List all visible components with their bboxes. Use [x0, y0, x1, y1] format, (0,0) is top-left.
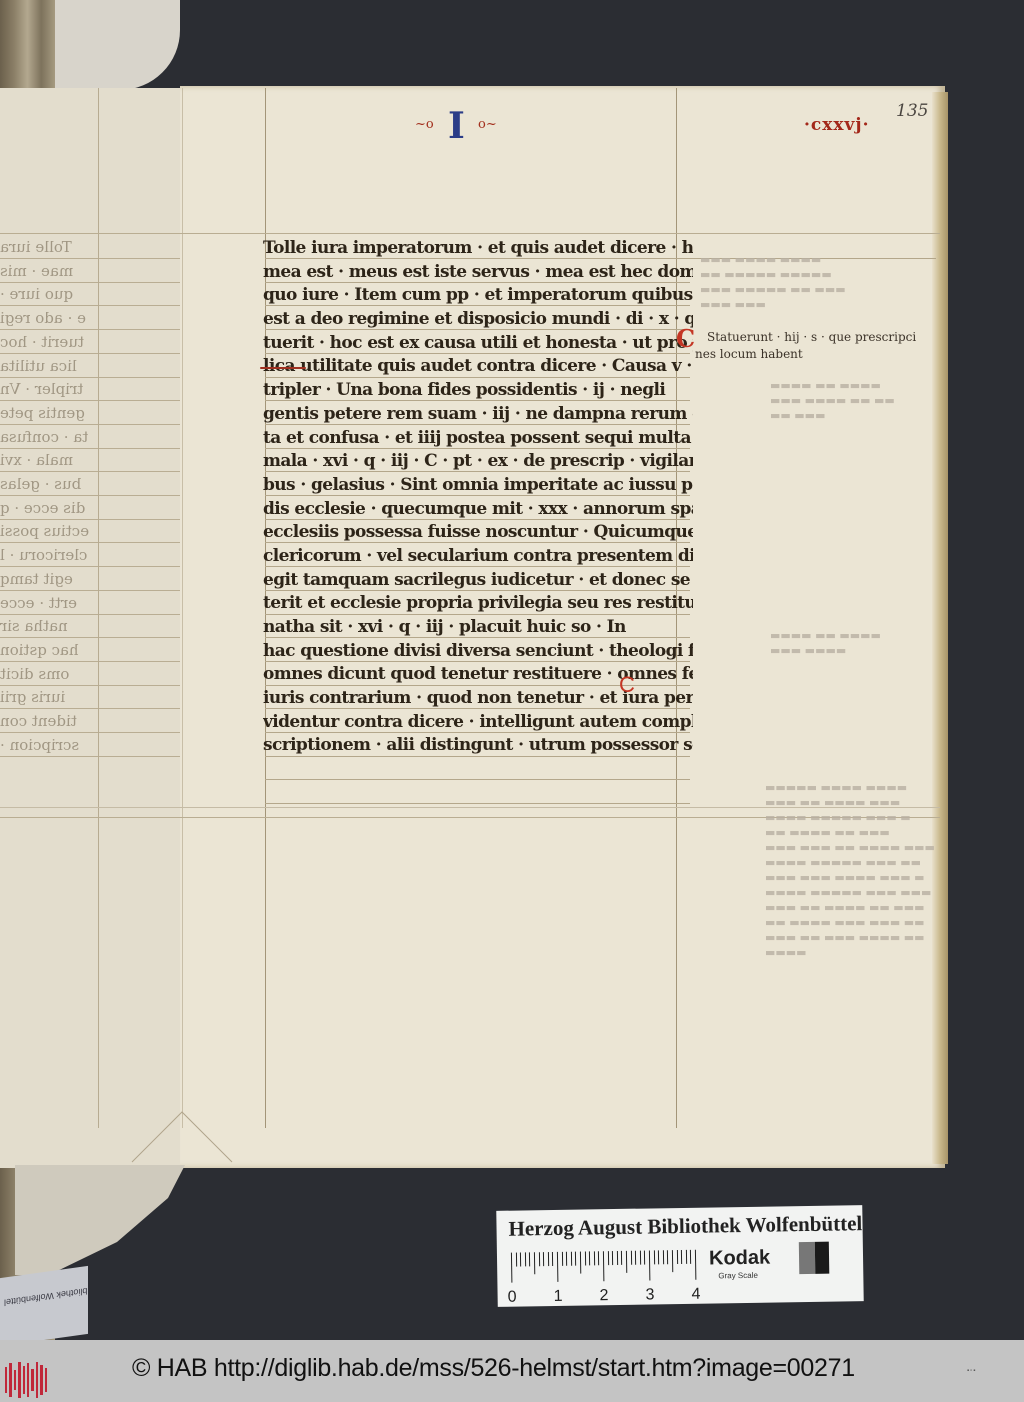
ruling-line: [0, 233, 940, 234]
verso-text-line: Tolle iura: [0, 238, 118, 256]
verso-text-line: tuerit · hoc: [0, 333, 118, 351]
text-line: ta et confusa · et iiij postea possent s…: [263, 427, 693, 451]
decorated-initial: I: [448, 108, 465, 144]
text-line: bus · gelasius · Sint omnia imperitate a…: [263, 474, 693, 498]
verso-text-line: lica utilita: [0, 357, 118, 375]
fold-mark: [130, 1100, 250, 1170]
ruler-tick: [667, 1250, 668, 1264]
margin-note-line: Statuerunt · hij · s · que prescripci: [695, 329, 916, 346]
flourish-right: o~: [478, 117, 497, 132]
ruler-tick: [672, 1250, 673, 1272]
gray-scale-label: Gray Scale: [718, 1271, 758, 1281]
ruler-tick: [626, 1251, 627, 1273]
verso-text-line: mae · mis: [0, 262, 118, 280]
text-line: mea est · meus est iste servus · mea est…: [263, 261, 693, 285]
verso-page: Tolle iuramae · misquo iure ·e · ado reg…: [0, 88, 182, 1168]
ruling-line: [265, 803, 690, 804]
text-line: natha sit · xvi · q · iij · placuit huic…: [263, 616, 693, 640]
ruler-tick: [520, 1252, 521, 1266]
ruling-line: [0, 471, 182, 472]
ruler-number: 1: [553, 1288, 562, 1306]
verso-text-line: hac qstion: [0, 641, 118, 659]
verso-text-line: ertt · ecce: [0, 594, 118, 612]
show-through-text: ▬▬▬ ▬▬▬▬ ▬▬▬▬▬▬ ▬▬▬▬▬ ▬▬▬▬▬▬▬▬ ▬▬▬▬▬ ▬▬ …: [700, 252, 846, 312]
text-line: ecclesiis possessa fuisse noscuntur · Qu…: [263, 521, 693, 545]
ruler-tick: [635, 1251, 636, 1265]
ruling-line: [0, 519, 182, 520]
ruler-tick: [658, 1250, 659, 1264]
verso-text-line: mala · xvi: [0, 451, 118, 469]
ruler-tick: [603, 1251, 604, 1281]
ruler-tick: [552, 1252, 553, 1266]
verso-text-line: ta · confusa: [0, 428, 118, 446]
verso-text-line: e · ado regi: [0, 309, 118, 327]
ruling-line: [0, 614, 182, 615]
ruler-number: 4: [691, 1286, 700, 1304]
text-line: lica utilitate quis audet contra dicere …: [263, 355, 693, 379]
show-through-text: ▬▬▬▬▬ ▬▬▬▬ ▬▬▬▬▬▬▬ ▬▬ ▬▬▬▬ ▬▬▬▬▬▬▬ ▬▬▬▬▬…: [765, 780, 935, 960]
ruling-line: [0, 732, 182, 733]
ruler-number: 2: [599, 1287, 608, 1305]
verso-text-line: natha sir: [0, 617, 118, 635]
red-underline: [260, 367, 306, 369]
ruling-line: [0, 448, 182, 449]
ruler-tick: [644, 1251, 645, 1265]
ruler-tick: [631, 1251, 632, 1265]
ruler-tick: [695, 1250, 696, 1280]
ruling-line: [265, 779, 690, 780]
verso-text-line: quo iure ·: [0, 285, 118, 303]
text-line: egit tamquam sacrilegus iudicetur · et d…: [263, 569, 693, 593]
text-line: scriptionem · alii distingunt · utrum po…: [263, 734, 693, 758]
margin-note: Statuerunt · hij · s · que prescripci ne…: [695, 329, 916, 363]
ruler-tick: [690, 1250, 691, 1264]
ruling-line: [0, 495, 182, 496]
ruler-tick: [663, 1250, 664, 1264]
ruling-line: [0, 756, 182, 757]
verso-text-line: scripcion ·: [0, 736, 118, 754]
text-line: hac questione divisi diversa senciunt · …: [263, 640, 693, 664]
ruling-line: [0, 685, 182, 686]
footer-bar: © HAB http://diglib.hab.de/mss/526-helms…: [0, 1340, 1024, 1402]
ruler-tick: [516, 1253, 517, 1267]
verso-text-line: gentis pete: [0, 404, 118, 422]
ruling-line: [0, 400, 182, 401]
ruling-line: [0, 377, 182, 378]
ruler-tick: [612, 1251, 613, 1265]
copyright-url[interactable]: © HAB http://diglib.hab.de/mss/526-helms…: [132, 1354, 855, 1383]
ruling-line: [0, 305, 182, 306]
ruler-tick: [617, 1251, 618, 1265]
manuscript-scan: Tolle iuramae · misquo iure ·e · ado reg…: [0, 0, 1024, 1340]
text-line: terit et ecclesie propria privilegia seu…: [263, 592, 693, 616]
text-line: tripler · Una bona fides possidentis · i…: [263, 379, 693, 403]
verso-text-line: dis ecce · q: [0, 499, 118, 517]
ruling-line: [0, 637, 182, 638]
ruler-tick: [608, 1251, 609, 1265]
ruling-line: [0, 424, 182, 425]
ruling-line: [0, 542, 182, 543]
text-line: mala · xvi · q · iij · C · pt · ex · de …: [263, 450, 693, 474]
small-side-label: Herzog August Bibliothek Wolfenbüttel: [0, 1266, 88, 1340]
ruling-line: [0, 566, 182, 567]
ruler-tick: [562, 1252, 563, 1266]
verso-text-line: clericoru · l: [0, 546, 118, 564]
ruler-tick: [686, 1250, 687, 1264]
ruler-number: 0: [507, 1289, 516, 1307]
ruler-tick: [557, 1252, 558, 1282]
ruler-tick: [539, 1252, 540, 1266]
gray-patch-dark: [815, 1242, 830, 1274]
ruler-tick: [640, 1251, 641, 1265]
paper-flap-top: [40, 0, 180, 90]
verso-text-line: bus · gelas: [0, 475, 118, 493]
hab-logo-icon: [5, 1362, 47, 1398]
ruler-tick: [594, 1251, 595, 1265]
verso-text-line: iuris grii: [0, 688, 118, 706]
ruler-tick: [654, 1250, 655, 1264]
ruler-tick: [575, 1252, 576, 1266]
ruler-tick: [543, 1252, 544, 1266]
ruler-tick: [529, 1252, 530, 1266]
ruler-tick: [589, 1251, 590, 1265]
ruler-number: 3: [645, 1286, 654, 1304]
ruler-tick: [649, 1250, 650, 1280]
ruler-tick: [580, 1252, 581, 1274]
paper-flap-bottom: [15, 1165, 185, 1275]
institution-label: Herzog August Bibliothek Wolfenbüttel 01…: [496, 1205, 863, 1307]
ruler-tick: [571, 1252, 572, 1266]
text-line: tuerit · hoc est ex causa utili et hones…: [263, 332, 693, 356]
scale-ruler: 01234: [511, 1250, 698, 1289]
ruler-tick: [598, 1251, 599, 1265]
ruling-line: [0, 282, 182, 283]
margin-rubric-initial: C: [676, 327, 695, 351]
ruler-tick: [676, 1250, 677, 1264]
footer-mini-mark: ▪▫▪: [967, 1368, 976, 1374]
verso-text-line: tident con: [0, 712, 118, 730]
margin-note-line: nes locum habent: [695, 346, 916, 363]
ruling-line: [0, 258, 182, 259]
folio-number: 135: [896, 101, 928, 121]
ruling-line: [0, 708, 182, 709]
text-line: videntur contra dicere · intelligunt aut…: [263, 711, 693, 735]
verso-text-line: egit tamq: [0, 570, 118, 588]
ruler-tick: [511, 1253, 512, 1283]
show-through-text: ▬▬▬▬ ▬▬ ▬▬▬▬▬▬▬ ▬▬▬▬ ▬▬ ▬▬▬▬ ▬▬▬: [770, 378, 895, 423]
rubric-initial: C: [619, 672, 635, 698]
running-number: ·cxxvj·: [804, 115, 870, 135]
text-line: quo iure · Item cum pp · et imperatorum …: [263, 284, 693, 308]
gutter-fold: [182, 88, 183, 1128]
text-line: clericorum · vel secularium contra prese…: [263, 545, 693, 569]
show-through-text: ▬▬▬▬ ▬▬ ▬▬▬▬▬▬▬ ▬▬▬▬: [770, 628, 881, 658]
text-line: dis ecclesie · quecumque mit · xxx · ann…: [263, 498, 693, 522]
text-line: est a deo regimine et disposicio mundi ·…: [263, 308, 693, 332]
ruling-line: [98, 88, 99, 1128]
ruler-tick: [621, 1251, 622, 1265]
ruler-tick: [681, 1250, 682, 1264]
ruling-line: [0, 329, 182, 330]
ruler-tick: [534, 1252, 535, 1274]
ruler-tick: [585, 1251, 586, 1265]
small-label-text: Herzog August Bibliothek Wolfenbüttel: [4, 1276, 88, 1307]
text-line: gentis petere rem suam · iij · ne dampna…: [263, 403, 693, 427]
verso-text-line: ectius possi: [0, 522, 118, 540]
flourish-left: ~o: [415, 117, 434, 132]
verso-text-line: oms dicit: [0, 665, 118, 683]
ruler-tick: [548, 1252, 549, 1266]
ruling-line: [0, 353, 182, 354]
ruling-line: [0, 590, 182, 591]
text-line: Tolle iura imperatorum · et quis audet d…: [263, 237, 693, 261]
gray-patch-mid: [799, 1242, 816, 1274]
institution-name: Herzog August Bibliothek Wolfenbüttel: [508, 1211, 862, 1242]
ruler-tick: [525, 1252, 526, 1266]
verso-text-line: tripler · Vn: [0, 380, 118, 398]
kodak-brand: Kodak: [709, 1247, 770, 1271]
ruling-line: [0, 661, 182, 662]
page-fore-edge: [932, 92, 948, 1164]
ruler-tick: [566, 1252, 567, 1266]
